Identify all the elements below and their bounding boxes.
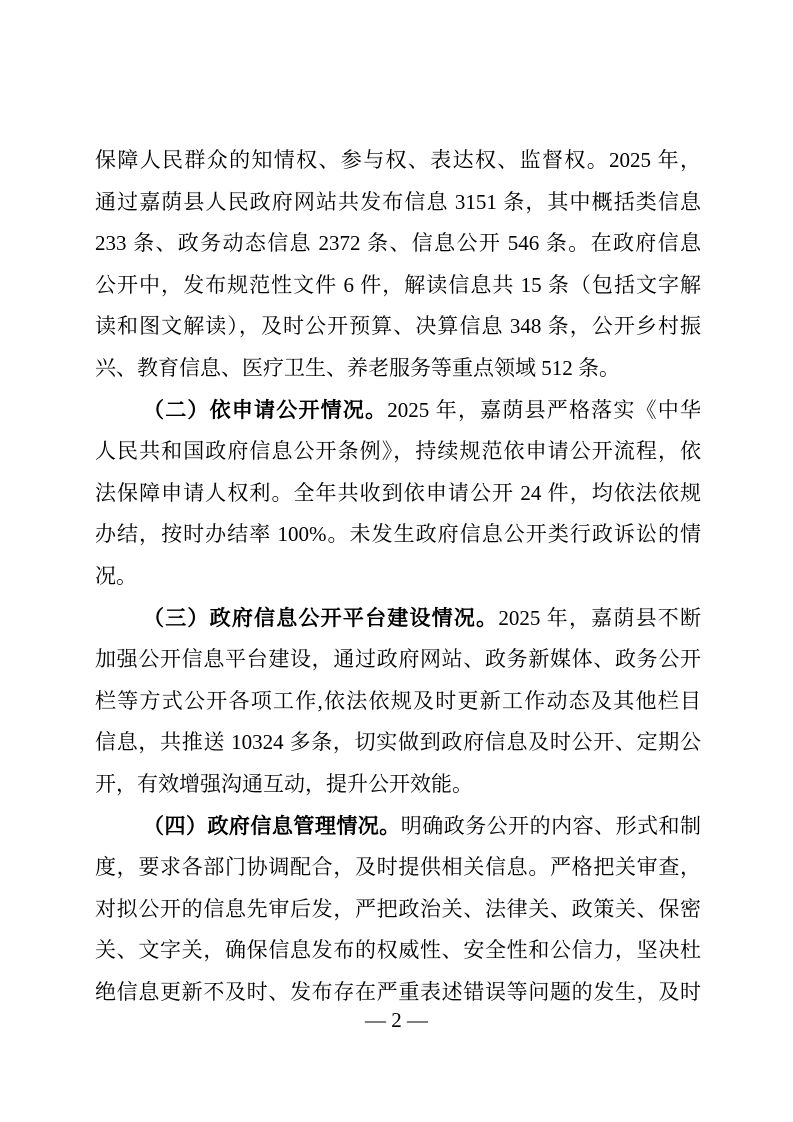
body-text: 对拟公开的信息先审后发，严把政治关、法律关、政策关、保密 bbox=[95, 897, 701, 921]
body-text: 233 条、政务动态信息 2372 条、信息公开 546 条。在政府信息 bbox=[95, 231, 701, 255]
body-text: 度，要求各部门协调配合，及时提供相关信息。严格把关审查， bbox=[95, 855, 701, 879]
section-heading: （四）政府信息管理情况。 bbox=[143, 814, 401, 838]
body-text: 栏等方式公开各项工作,依法依规及时更新工作动态及其他栏目 bbox=[95, 689, 701, 713]
text-line: 通过嘉荫县人民政府网站共发布信息 3151 条，其中概括类信息 bbox=[95, 182, 701, 224]
section-heading: （二）依申请公开情况。 bbox=[143, 398, 387, 422]
text-line: 办结，按时办结率 100%。未发生政府信息公开类行政诉讼的情 bbox=[95, 514, 701, 556]
page-footer: — 2 — bbox=[0, 999, 793, 1041]
paragraph: （二）依申请公开情况。2025 年，嘉荫县严格落实《中华人民共和国政府信息公开条… bbox=[95, 390, 701, 598]
text-line: 233 条、政务动态信息 2372 条、信息公开 546 条。在政府信息 bbox=[95, 223, 701, 265]
paragraph: 保障人民群众的知情权、参与权、表达权、监督权。2025 年，通过嘉荫县人民政府网… bbox=[95, 140, 701, 390]
body-text: 开，有效增强沟通互动，提升公开效能。 bbox=[95, 772, 473, 796]
text-line: 兴、教育信息、医疗卫生、养老服务等重点领域 512 条。 bbox=[95, 348, 701, 390]
page-number-label: — 2 — bbox=[365, 1008, 428, 1032]
body-text: 办结，按时办结率 100%。未发生政府信息公开类行政诉讼的情 bbox=[95, 522, 701, 546]
document-body: 保障人民群众的知情权、参与权、表达权、监督权。2025 年，通过嘉荫县人民政府网… bbox=[95, 140, 701, 1013]
text-line: 度，要求各部门协调配合，及时提供相关信息。严格把关审查， bbox=[95, 847, 701, 889]
text-line: 信息，共推送 10324 多条，切实做到政府信息及时公开、定期公 bbox=[95, 722, 701, 764]
body-text: 明确政务公开的内容、形式和制 bbox=[401, 814, 701, 838]
body-text: 公开中，发布规范性文件 6 件，解读信息共 15 条（包括文字解 bbox=[95, 273, 701, 297]
text-line: 对拟公开的信息先审后发，严把政治关、法律关、政策关、保密 bbox=[95, 889, 701, 931]
body-text: 保障人民群众的知情权、参与权、表达权、监督权。2025 年， bbox=[95, 148, 701, 172]
body-text: 关、文字关，确保信息发布的权威性、安全性和公信力，坚决杜 bbox=[95, 938, 701, 962]
text-line: 人民共和国政府信息公开条例》，持续规范依申请公开流程，依 bbox=[95, 431, 701, 473]
paragraph-first-line: （三）政府信息公开平台建设情况。2025 年，嘉荫县不断 bbox=[95, 598, 701, 640]
text-line: 况。 bbox=[95, 556, 701, 598]
paragraph: （三）政府信息公开平台建设情况。2025 年，嘉荫县不断加强公开信息平台建设，通… bbox=[95, 598, 701, 806]
text-line: 加强公开信息平台建设，通过政府网站、政务新媒体、政务公开 bbox=[95, 639, 701, 681]
body-text: 2025 年，嘉荫县不断 bbox=[498, 606, 701, 630]
body-text: 法保障申请人权利。全年共收到依申请公开 24 件，均依法依规 bbox=[95, 481, 701, 505]
body-text: 通过嘉荫县人民政府网站共发布信息 3151 条，其中概括类信息 bbox=[95, 190, 701, 214]
paragraph-first-line: （四）政府信息管理情况。明确政务公开的内容、形式和制 bbox=[95, 806, 701, 848]
text-line: 开，有效增强沟通互动，提升公开效能。 bbox=[95, 764, 701, 806]
text-line: 保障人民群众的知情权、参与权、表达权、监督权。2025 年， bbox=[95, 140, 701, 182]
body-text: 加强公开信息平台建设，通过政府网站、政务新媒体、政务公开 bbox=[95, 647, 701, 671]
text-line: 关、文字关，确保信息发布的权威性、安全性和公信力，坚决杜 bbox=[95, 930, 701, 972]
text-line: 公开中，发布规范性文件 6 件，解读信息共 15 条（包括文字解 bbox=[95, 265, 701, 307]
body-text: 信息，共推送 10324 多条，切实做到政府信息及时公开、定期公 bbox=[95, 730, 701, 754]
text-line: 法保障申请人权利。全年共收到依申请公开 24 件，均依法依规 bbox=[95, 473, 701, 515]
body-text: 读和图文解读），及时公开预算、决算信息 348 条，公开乡村振 bbox=[95, 314, 701, 338]
body-text: 人民共和国政府信息公开条例》，持续规范依申请公开流程，依 bbox=[95, 439, 701, 463]
text-line: 读和图文解读），及时公开预算、决算信息 348 条，公开乡村振 bbox=[95, 306, 701, 348]
paragraph-first-line: （二）依申请公开情况。2025 年，嘉荫县严格落实《中华 bbox=[95, 390, 701, 432]
document-page: 保障人民群众的知情权、参与权、表达权、监督权。2025 年，通过嘉荫县人民政府网… bbox=[0, 0, 793, 1122]
body-text: 兴、教育信息、医疗卫生、养老服务等重点领域 512 条。 bbox=[95, 356, 620, 380]
section-heading: （三）政府信息公开平台建设情况。 bbox=[143, 606, 498, 630]
body-text: 2025 年，嘉荫县严格落实《中华 bbox=[387, 398, 701, 422]
body-text: 况。 bbox=[95, 564, 137, 588]
paragraph: （四）政府信息管理情况。明确政务公开的内容、形式和制度，要求各部门协调配合，及时… bbox=[95, 806, 701, 1014]
text-line: 栏等方式公开各项工作,依法依规及时更新工作动态及其他栏目 bbox=[95, 681, 701, 723]
